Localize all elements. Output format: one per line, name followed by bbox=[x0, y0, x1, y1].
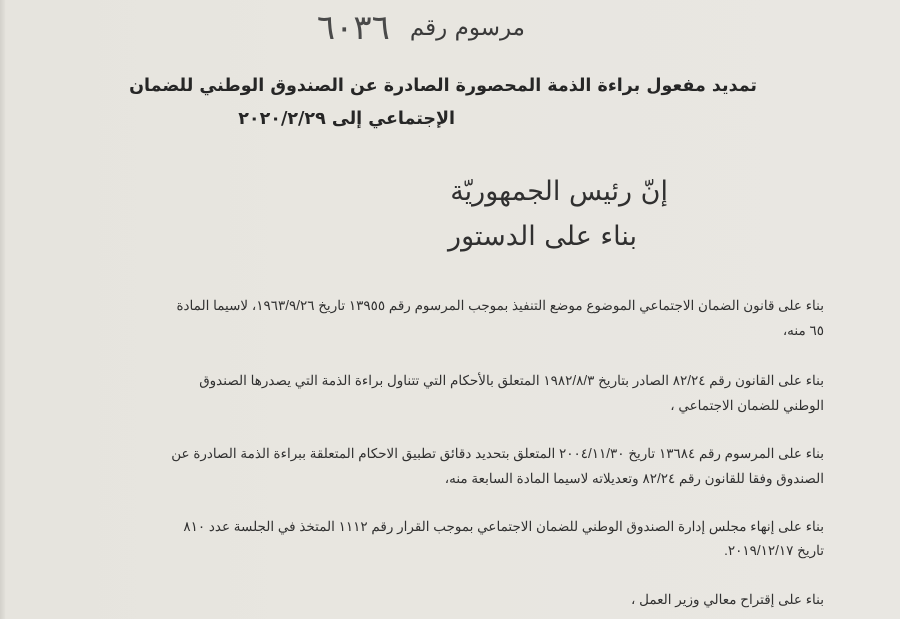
paragraph-4-line-1: بناء على إنهاء مجلس إدارة الصندوق الوطني… bbox=[183, 519, 824, 535]
document-page: مرسوم رقم ٦٠٣٦ تمديد مفعول براءة الذمة ا… bbox=[0, 0, 900, 619]
preamble-constitution: بناء على الدستور bbox=[448, 221, 637, 252]
preamble-president: إنّ رئيس الجمهوريّة bbox=[450, 176, 668, 207]
decree-label: مرسوم رقم bbox=[410, 15, 525, 41]
paragraph-4-line-2: تاريخ ٢٠١٩/١٢/١٧. bbox=[724, 543, 824, 559]
paragraph-3-line-1: بناء على المرسوم رقم ١٣٦٨٤ تاريخ ٢٠٠٤/١١… bbox=[171, 446, 824, 462]
document-title-line-2: الإجتماعي إلى ٢٠٢٠/٢/٢٩ bbox=[238, 109, 455, 129]
decree-number: ٦٠٣٦ bbox=[317, 8, 390, 48]
paragraph-1-line-1: بناء على قانون الضمان الاجتماعي الموضوع … bbox=[176, 298, 824, 314]
paragraph-1-line-2: ٦٥ منه، bbox=[783, 323, 824, 339]
paragraph-2-line-1: بناء على القانون رقم ٨٢/٢٤ الصادر بتاريخ… bbox=[199, 373, 824, 389]
document-title-line-1: تمديد مفعول براءة الذمة المحصورة الصادرة… bbox=[129, 76, 757, 96]
decree-header: مرسوم رقم ٦٠٣٦ bbox=[170, 8, 525, 48]
paragraph-2-line-2: الوطني للضمان الاجتماعي ، bbox=[670, 398, 824, 414]
page-edge bbox=[0, 0, 5, 619]
paragraph-5-line-1: بناء على إقتراح معالي وزير العمل ، bbox=[631, 592, 824, 608]
paragraph-3-line-2: الصندوق وفقا للقانون رقم ٨٢/٢٤ وتعديلاته… bbox=[445, 471, 824, 487]
